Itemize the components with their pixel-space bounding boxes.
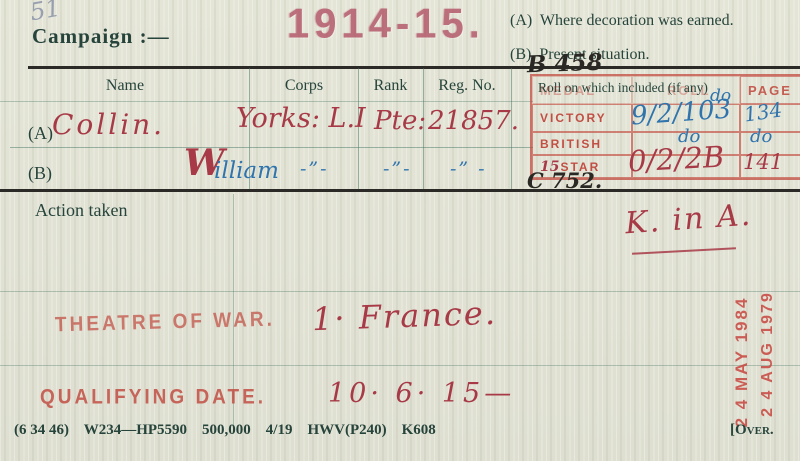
british-page-ditto: do (750, 126, 772, 147)
column-header-rank: Rank (358, 77, 423, 95)
table-rule-header-bottom (0, 101, 533, 102)
row-a-corps: Yorks: L.I (236, 103, 366, 134)
row-a-name: Collin. (52, 108, 165, 141)
over-label: [Over. (730, 422, 774, 439)
note-a: (A) Where decoration was earned. (510, 12, 734, 30)
row-a-reg-no: 21857. (428, 106, 519, 136)
stamp-row-british-label: BRITISH (532, 132, 632, 155)
corner-number: 51 (28, 0, 63, 26)
column-header-name: Name (0, 77, 250, 95)
reference-number-bottom: C 752. (527, 168, 602, 193)
date-stamp-1979: 2 4 AUG 1979 (759, 274, 777, 434)
table-rule-bottom (0, 189, 800, 192)
column-header-corps: Corps (250, 77, 358, 95)
action-note-killed: K. in A. (624, 198, 753, 242)
section-divider-h1 (0, 291, 800, 292)
star-roll-value: 0/2/2B (627, 140, 725, 179)
column-header-reg-no: Reg. No. (423, 77, 511, 95)
theatre-of-war-stamp: THEATRE OF WAR. (55, 308, 275, 338)
star-page-value: 141 (743, 150, 783, 174)
medal-index-card: 51 Campaign :— 1914-15. (A) Where decora… (0, 0, 800, 461)
date-stamp-1984: 2 4 MAY 1984 (732, 282, 752, 442)
column-header-roll: Roll on which included (if any) (538, 80, 708, 96)
row-b-corps-ditto: -”- (300, 158, 329, 180)
table-rule-row-a (10, 147, 533, 148)
table-rule-top (28, 66, 800, 69)
row-b-label: (B) (28, 163, 52, 184)
print-code: (6 34 46) W234—HP5590 500,000 4/19 HWV(P… (14, 422, 436, 439)
campaign-label: Campaign :— (32, 24, 170, 49)
reference-number-top: B 458 (527, 49, 603, 79)
victory-roll-ditto: do (710, 86, 731, 106)
theatre-of-war-value: 1· France. (311, 294, 497, 338)
qualifying-date-value: 10· 6· 15— (328, 378, 515, 409)
campaign-year-stamp: 1914-15. (287, 1, 485, 48)
row-a-rank: Pte: (374, 106, 426, 136)
row-b-reg-no-ditto: -” - (450, 158, 487, 180)
row-a-label: (A) (28, 123, 53, 144)
qualifying-date-stamp: QUALIFYING DATE. (40, 386, 266, 410)
section-divider-h2 (0, 365, 800, 366)
action-note-underline (632, 247, 736, 254)
row-b-name-rest: illiam (214, 158, 279, 184)
row-b-rank-ditto: -”- (383, 158, 412, 180)
stamp-row-victory-label: VICTORY (532, 104, 632, 132)
action-taken-label: Action taken (35, 200, 127, 221)
